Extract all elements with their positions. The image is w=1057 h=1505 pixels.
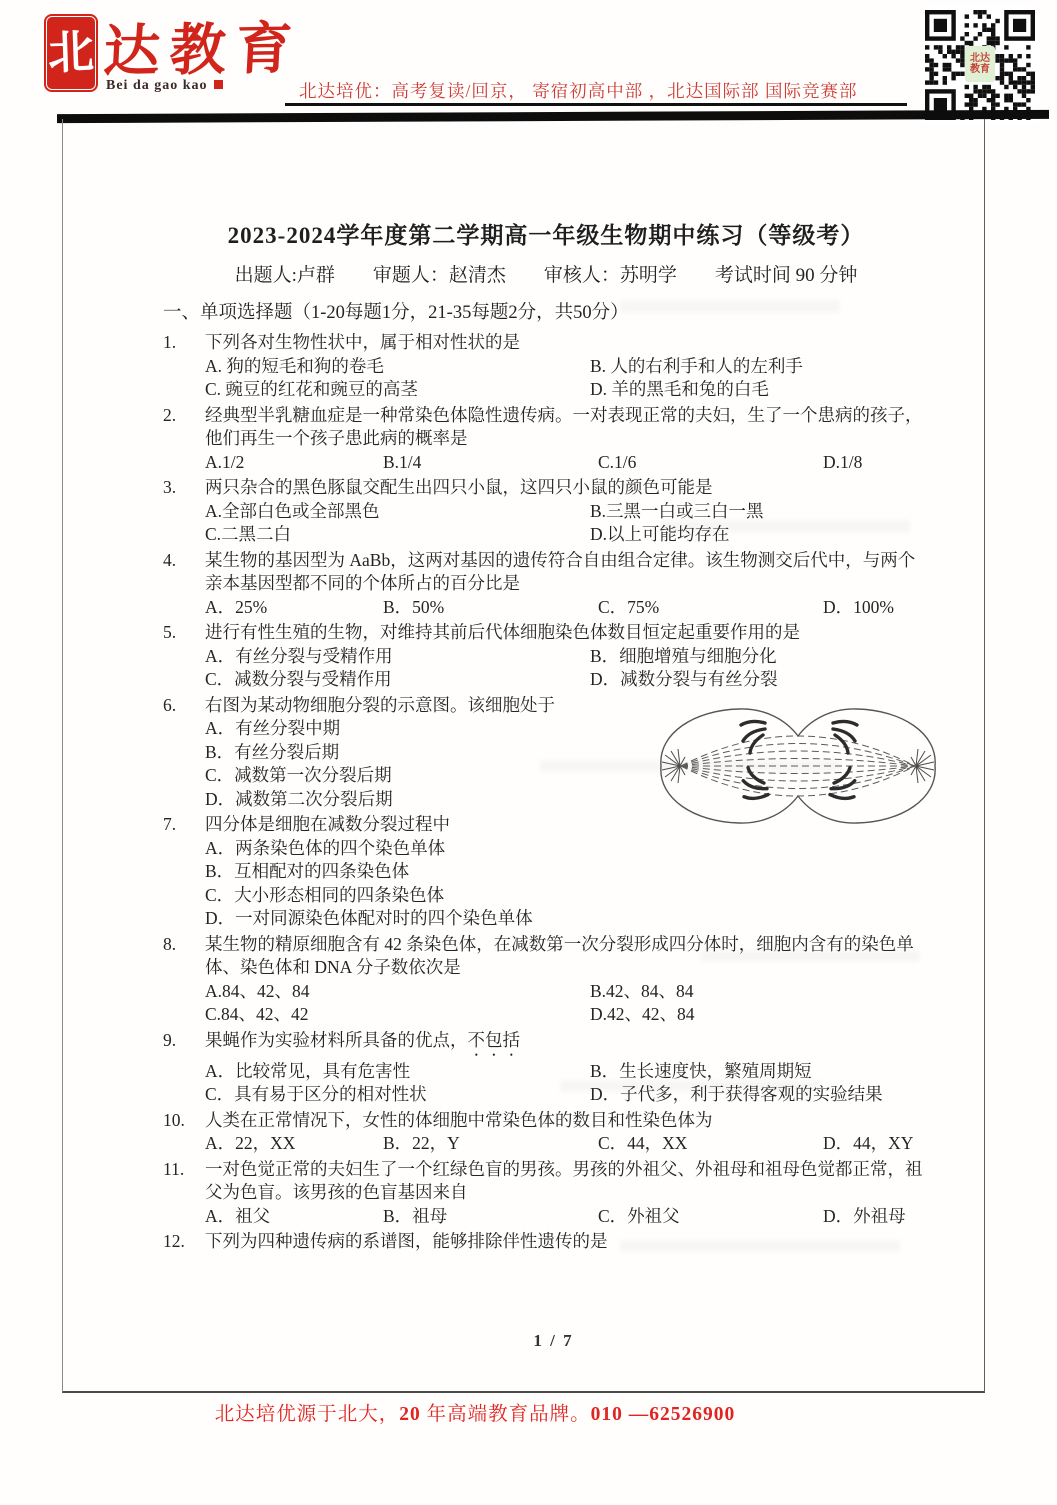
question-stem: 下列各对生物性状中，属于相对性状的是 xyxy=(205,331,929,355)
question-number: 2. xyxy=(163,404,205,475)
question-stem: 进行有性生殖的生物，对维持其前后代体细胞染色体数目恒定起重要作用的是 xyxy=(205,621,929,645)
exam-credits: 出题人:卢群 审题人：赵清杰 审核人：苏明学 考试时间 90 分钟 xyxy=(163,263,929,289)
answer-option: D.42、42、84 xyxy=(590,1003,929,1027)
answer-option: B．细胞增殖与细胞分化 xyxy=(590,645,929,669)
question: 3.两只杂合的黑色豚鼠交配生出四只小鼠，这四只小鼠的颜色可能是A.全部白色或全部… xyxy=(163,476,929,547)
question-number: 8. xyxy=(163,933,205,1027)
answer-option: C.1/6 xyxy=(598,451,823,475)
answer-option: D.1/8 xyxy=(823,451,929,475)
question-stem: 一对色觉正常的夫妇生了一个红绿色盲的男孩。男孩的外祖父、外祖母和祖母色觉都正常，… xyxy=(205,1158,929,1205)
answer-option: C．大小形态相同的四条染色体 xyxy=(205,884,929,908)
answer-option: B.42、84、84 xyxy=(590,980,929,1004)
answer-option: C．减数分裂与受精作用 xyxy=(205,668,590,692)
question-number: 7. xyxy=(163,813,205,931)
question-number: 12. xyxy=(163,1230,205,1254)
answer-option: A. 狗的短毛和狗的卷毛 xyxy=(205,355,590,379)
brand-pinyin: Bei da gao kao xyxy=(106,78,223,94)
question-stem: 经典型半乳糖血症是一种常染色体隐性遗传病。一对表现正常的夫妇，生了一个患病的孩子… xyxy=(205,404,929,451)
answer-option: A．比较常见，具有危害性 xyxy=(205,1060,590,1084)
answer-option: D．44，XY xyxy=(823,1132,929,1156)
question-stem: 人类在正常情况下，女性的体细胞中常染色体的数目和性染色体为 xyxy=(205,1109,929,1133)
question-number: 1. xyxy=(163,331,205,402)
answer-option: C. 豌豆的红花和豌豆的高茎 xyxy=(205,378,590,402)
question-number: 9. xyxy=(163,1029,205,1107)
qr-center-badge: 北达 教育 xyxy=(965,46,995,82)
answer-option: C.二黑二白 xyxy=(205,523,590,547)
question: 4.某生物的基因型为 AaBb，这两对基因的遗传符合自由组合定律。该生物测交后代… xyxy=(163,549,929,620)
answer-option: B．50% xyxy=(383,596,598,620)
answer-option: D．一对同源染色体配对时的四个染色单体 xyxy=(205,907,929,931)
brand-seal-logo: 北 xyxy=(44,14,98,92)
answer-option: A．22，XX xyxy=(205,1132,383,1156)
question: 9.果蝇作为实验材料所具备的优点，不包括A．比较常见，具有危害性B．生长速度快，… xyxy=(163,1029,929,1107)
question-stem: 某生物的基因型为 AaBb，这两对基因的遗传符合自由组合定律。该生物测交后代中，… xyxy=(205,549,929,596)
header-underline xyxy=(285,103,907,106)
brand-calligraphy-text: 达教育 xyxy=(102,4,304,87)
question-number: 6. xyxy=(163,694,205,812)
answer-option: D．减数分裂与有丝分裂 xyxy=(590,668,929,692)
question: 10.人类在正常情况下，女性的体细胞中常染色体的数目和性染色体为A．22，XXB… xyxy=(163,1109,929,1156)
answer-option: B．22，Y xyxy=(383,1132,598,1156)
answer-option: C．外祖父 xyxy=(598,1205,823,1229)
red-square-icon xyxy=(214,80,223,89)
seal-character: 北 xyxy=(47,29,95,77)
question-stem: 两只杂合的黑色豚鼠交配生出四只小鼠，这四只小鼠的颜色可能是 xyxy=(205,476,929,500)
answer-option: C．44，XX xyxy=(598,1132,823,1156)
exam-title: 2023-2024学年度第二学期高一年级生物期中练习（等级考） xyxy=(163,219,929,253)
answer-option: A．25% xyxy=(205,596,383,620)
question: 1.下列各对生物性状中，属于相对性状的是A. 狗的短毛和狗的卷毛B. 人的右利手… xyxy=(163,331,929,402)
answer-option: D．外祖母 xyxy=(823,1205,929,1229)
footer-phone: 010 —62526900 xyxy=(591,1404,736,1425)
answer-option: A.1/2 xyxy=(205,451,383,475)
answer-option: A．有丝分裂与受精作用 xyxy=(205,645,590,669)
answer-option: B．祖母 xyxy=(383,1205,598,1229)
answer-option: D．100% xyxy=(823,596,929,620)
question: 8.某生物的精原细胞含有 42 条染色体，在减数第一次分裂形成四分体时，细胞内含… xyxy=(163,933,929,1027)
header-slogan: 北达培优：高考复读/回京， 寄宿初高中部 ，北达国际部 国际竞赛部 xyxy=(299,78,858,103)
question-number: 11. xyxy=(163,1158,205,1229)
scan-artifact xyxy=(620,300,840,313)
scanned-exam-page: 北 达教育 Bei da gao kao 北达培优：高考复读/回京， 寄宿初高中… xyxy=(0,0,1057,1505)
answer-option: B．互相配对的四条染色体 xyxy=(205,860,929,884)
question: 5.进行有性生殖的生物，对维持其前后代体细胞染色体数目恒定起重要作用的是A．有丝… xyxy=(163,621,929,692)
answer-option: A.全部白色或全部黑色 xyxy=(205,500,590,524)
scan-artifact xyxy=(700,950,920,962)
qr-code: 北达 教育 xyxy=(921,6,1039,124)
answer-option: C．75% xyxy=(598,596,823,620)
question-number: 10. xyxy=(163,1109,205,1156)
answer-option: C．具有易于区分的相对性状 xyxy=(205,1083,590,1107)
scan-artifact xyxy=(560,1080,820,1092)
scan-artifact xyxy=(620,1240,900,1252)
answer-option: B.1/4 xyxy=(383,451,598,475)
answer-option: B. 人的右利手和人的左利手 xyxy=(590,355,929,379)
question-number: 4. xyxy=(163,549,205,620)
answer-option: C.84、42、42 xyxy=(205,1003,590,1027)
question: 11.一对色觉正常的夫妇生了一个红绿色盲的男孩。男孩的外祖父、外祖母和祖母色觉都… xyxy=(163,1158,929,1229)
exam-paper: 2023-2024学年度第二学期高一年级生物期中练习（等级考） 出题人:卢群 审… xyxy=(62,119,985,1393)
question: 2.经典型半乳糖血症是一种常染色体隐性遗传病。一对表现正常的夫妇，生了一个患病的… xyxy=(163,404,929,475)
footer-slogan: 北达培优源于北大，20 年高端教育品牌。010 —62526900 xyxy=(0,1398,950,1426)
question-number: 3. xyxy=(163,476,205,547)
scan-artifact xyxy=(660,520,910,533)
page-indicator: 1 / 7 xyxy=(63,1331,984,1351)
question-number: 5. xyxy=(163,621,205,692)
question-stem: 果蝇作为实验材料所具备的优点，不包括 xyxy=(205,1029,929,1060)
scan-artifact xyxy=(540,760,840,772)
answer-option: A.84、42、84 xyxy=(205,980,590,1004)
answer-option: D. 羊的黑毛和兔的白毛 xyxy=(590,378,929,402)
answer-option: A．祖父 xyxy=(205,1205,383,1229)
